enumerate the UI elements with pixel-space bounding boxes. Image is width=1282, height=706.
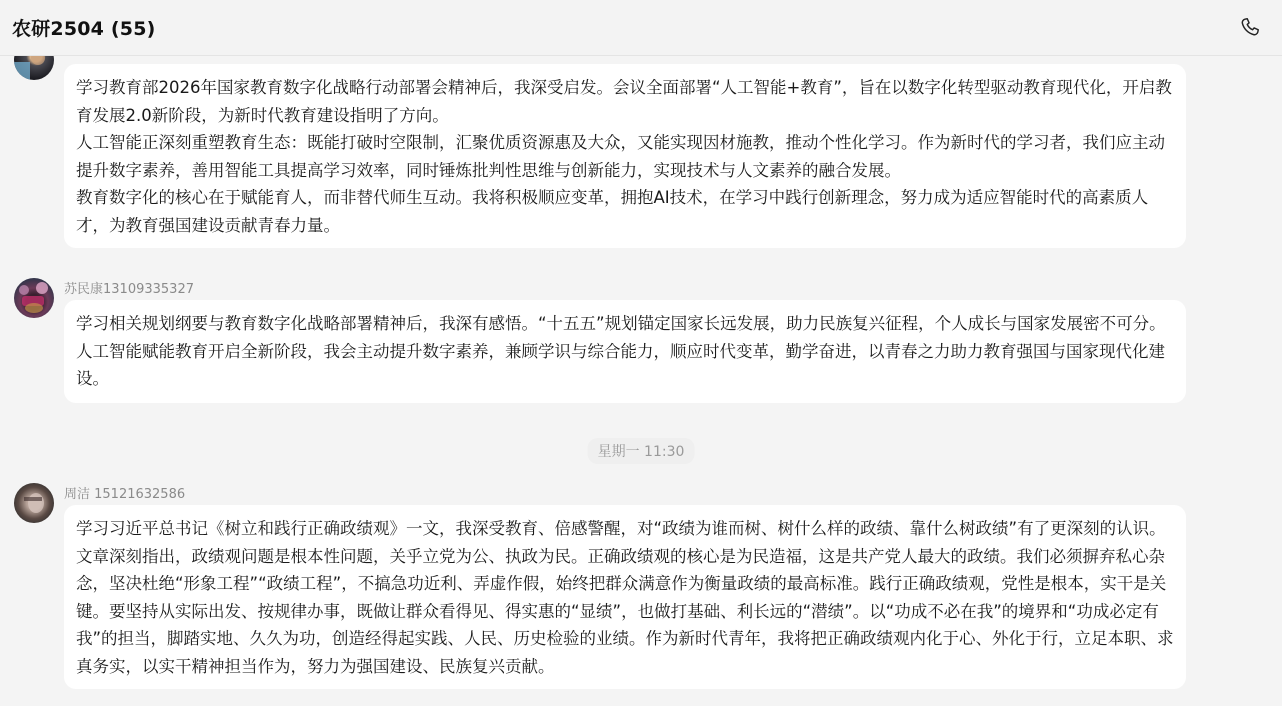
message-bubble[interactable]: 学习教育部2026年国家教育数字化战略行动部署会精神后，我深受启发。会议全面部署…	[64, 64, 1186, 248]
voice-call-button[interactable]	[1236, 13, 1264, 41]
avatar-image	[14, 56, 54, 80]
chat-header: 农研2504 (55)	[0, 0, 1282, 56]
message-paragraph: 学习相关规划纲要与教育数字化战略部署精神后，我深有感悟。“十五五”规划锚定国家长…	[76, 310, 1174, 393]
message-list[interactable]: 学习教育部2026年国家教育数字化战略行动部署会精神后，我深受启发。会议全面部署…	[0, 56, 1282, 706]
avatar-image	[14, 483, 54, 523]
sender-name: 周洁 15121632586	[64, 483, 185, 502]
avatar-user-3[interactable]	[14, 483, 54, 523]
avatar-image	[14, 278, 54, 318]
time-separator: 星期一 11:30	[588, 438, 695, 464]
sender-name: 苏民康13109335327	[64, 278, 194, 297]
message-paragraph: 学习教育部2026年国家教育数字化战略行动部署会精神后，我深受启发。会议全面部署…	[76, 74, 1174, 129]
avatar-user-1[interactable]	[14, 56, 54, 80]
avatar-user-2[interactable]	[14, 278, 54, 318]
message-bubble[interactable]: 学习习近平总书记《树立和践行正确政绩观》一文，我深受教育、倍感警醒，对“政绩为谁…	[64, 505, 1186, 689]
message-bubble[interactable]: 学习相关规划纲要与教育数字化战略部署精神后，我深有感悟。“十五五”规划锚定国家长…	[64, 300, 1186, 403]
phone-icon	[1239, 16, 1261, 38]
message-paragraph: 学习习近平总书记《树立和践行正确政绩观》一文，我深受教育、倍感警醒，对“政绩为谁…	[76, 515, 1174, 680]
message-paragraph: 教育数字化的核心在于赋能育人，而非替代师生互动。我将积极顺应变革，拥抱AI技术，…	[76, 184, 1174, 239]
chat-title: 农研2504 (55)	[12, 14, 156, 41]
message-paragraph: 人工智能正深刻重塑教育生态：既能打破时空限制，汇聚优质资源惠及大众，又能实现因材…	[76, 129, 1174, 184]
